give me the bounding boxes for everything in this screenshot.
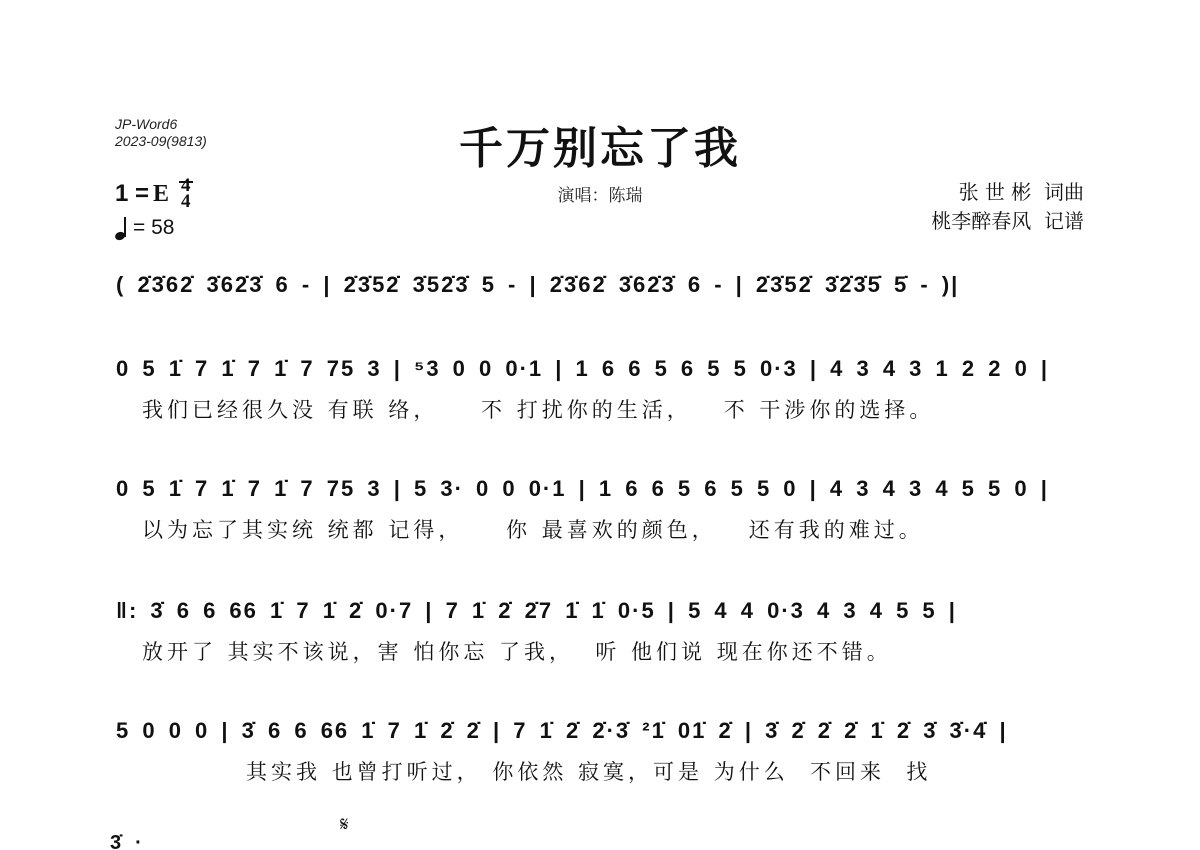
notation-text: 0 5 1̇ 7 1̇ 7 1̇ 7 75 3 | 5 3· 0 0 0·1 |… — [116, 476, 1049, 502]
time-signature-bottom: 4 — [181, 194, 191, 210]
notation-line-2: 0 5 1̇ 7 1̇ 7 1̇ 7 75 3 | ⁵3 0 0 0·1 | 1… — [110, 352, 1090, 392]
lyrics-line-3: 以为忘了其实统 统都 记得， 你 最喜欢的颜色， 还有我的难过。 — [142, 514, 924, 544]
transcriber-role: 记谱 — [1044, 209, 1084, 233]
notation-text: 0 5 1̇ 7 1̇ 7 1̇ 7 75 3 | ⁵3 0 0 0·1 | 1… — [116, 356, 1049, 382]
notation-line-1: ( 2̇3̇62̇ 3̇62̇3̇ 6 - | 2̇3̇52̇ 3̇52̇3̇ … — [110, 268, 1090, 308]
credit-lyricist-composer: 张 世 彬 词曲 — [931, 178, 1084, 207]
credits: 张 世 彬 词曲 桃李醉春风 记谱 — [931, 178, 1084, 236]
composer-name: 张 世 彬 — [959, 180, 1032, 204]
fraction-bar — [179, 181, 193, 183]
lyrics-line-5: 其实我 也曾打听过， 你依然 寂寞，可是 为什么 不回来 找 — [246, 756, 931, 786]
tempo-value: = 58 — [133, 216, 174, 240]
notation-text: 5 0 0 0 | 3̇ 6 6 66 1̇ 7 1̇ 2̇ 2̇ | 7 1̇… — [116, 718, 1008, 744]
key-signature: 1 = E 4 4 — [115, 178, 191, 210]
lyrics-line-2: 我们已经很久没 有联 络， 不 打扰你的生活， 不 干涉你的选择。 — [142, 394, 934, 424]
notation-line-4: ‖: 3̇ 6 6 66 1̇ 7 1̇ 2̇ 0·7 | 7 1̇ 2̇ 2̇… — [110, 594, 1090, 634]
composer-role: 词曲 — [1044, 180, 1084, 204]
lyrics-line-4: 放开了 其实不该说，害 怕你忘 了我， 听 他们说 现在你还不错。 — [142, 636, 892, 666]
key-letter: E — [153, 181, 169, 208]
credit-transcriber: 桃李醉春风 记谱 — [931, 207, 1084, 236]
segno-icon: 𝄋 — [340, 812, 349, 836]
notation-line-5: 5 0 0 0 | 3̇ 6 6 66 1̇ 7 1̇ 2̇ 2̇ | 7 1̇… — [110, 714, 1090, 754]
key-prefix: 1 = — [115, 180, 149, 208]
partial-start-note: 3̇· — [110, 832, 156, 850]
partial-notation-line: 3̇· — [110, 832, 156, 850]
song-title: 千万别忘了我 — [0, 112, 1200, 176]
notation-text: ‖: 3̇ 6 6 66 1̇ 7 1̇ 2̇ 0·7 | 7 1̇ 2̇ 2̇… — [116, 598, 957, 624]
transcriber-name: 桃李醉春风 — [931, 209, 1031, 233]
tempo-marking: = 58 — [115, 216, 174, 240]
time-signature: 4 4 — [181, 178, 191, 210]
notation-text: ( 2̇3̇62̇ 3̇62̇3̇ 6 - | 2̇3̇52̇ 3̇52̇3̇ … — [116, 272, 959, 298]
quarter-note-icon — [115, 216, 127, 240]
notation-line-3: 0 5 1̇ 7 1̇ 7 1̇ 7 75 3 | 5 3· 0 0 0·1 |… — [110, 472, 1090, 512]
